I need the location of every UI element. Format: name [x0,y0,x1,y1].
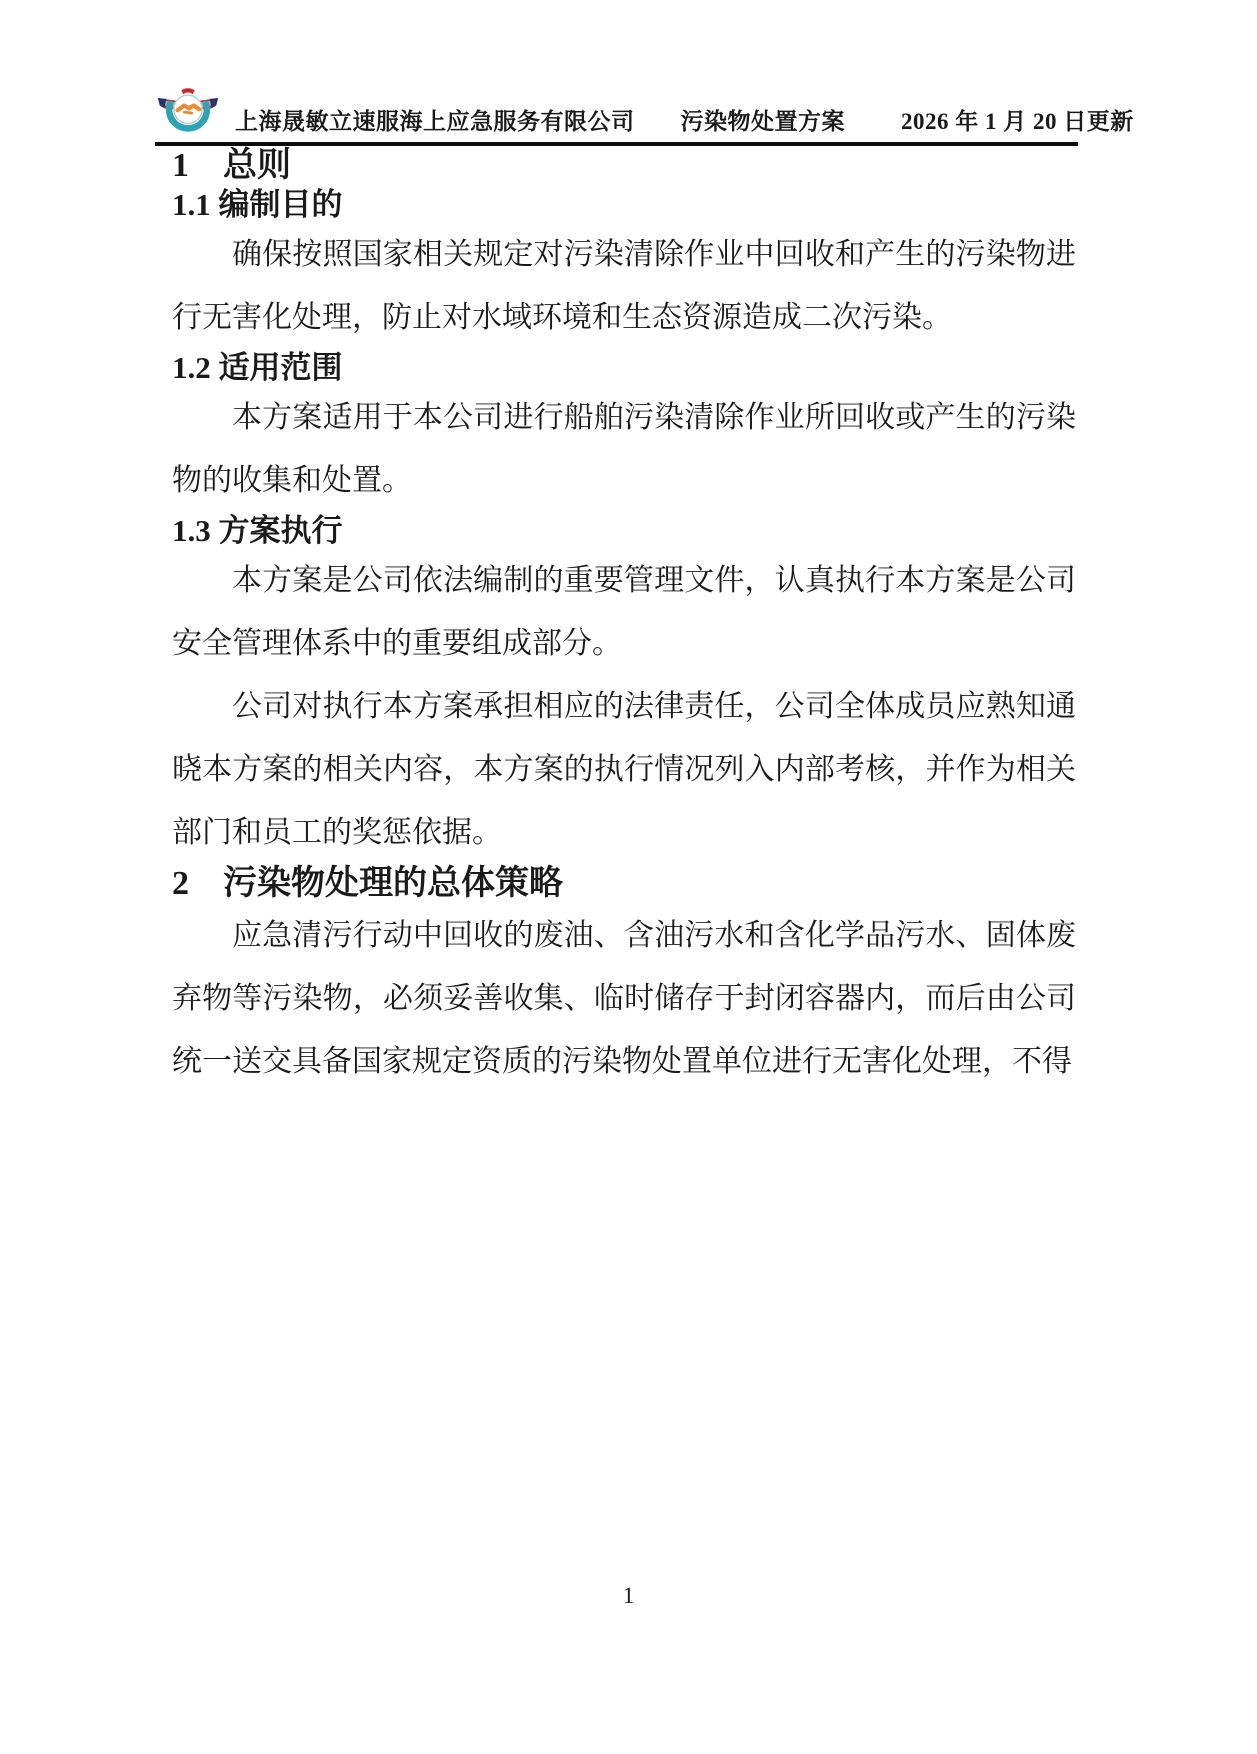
paragraph-1-2: 本方案适用于本公司进行船舶污染清除作业所回收或产生的污染物的收集和处置。 [172,386,1076,512]
page-header: 上海晟敏立速服海上应急服务有限公司 污染物处置方案 2026 年 1 月 20 … [155,0,1078,146]
section-heading-1-3: 1.3 方案执行 [172,512,1078,549]
document-body: 1 总则 1.1 编制目的 确保按照国家相关规定对污染清除作业中回收和产生的污染… [172,146,1078,1093]
paragraph-1-3-a: 本方案是公司依法编制的重要管理文件，认真执行本方案是公司安全管理体系中的重要组成… [172,549,1076,675]
page-header-row: 上海晟敏立速服海上应急服务有限公司 污染物处置方案 2026 年 1 月 20 … [155,76,1078,140]
company-emblem-icon [155,82,221,146]
update-date: 2026 年 1 月 20 日更新 [901,108,1134,136]
section-heading-1: 1 总则 [172,146,1078,186]
document-title: 污染物处置方案 [681,108,846,136]
paragraph-2: 应急清污行动中回收的废油、含油污水和含化学品污水、固体废弃物等污染物，必须妥善收… [172,904,1076,1093]
header-text-row: 上海晟敏立速服海上应急服务有限公司 污染物处置方案 2026 年 1 月 20 … [235,108,1134,140]
company-name: 上海晟敏立速服海上应急服务有限公司 [235,108,635,136]
section-heading-1-1: 1.1 编制目的 [172,186,1078,223]
section-heading-1-2: 1.2 适用范围 [172,349,1078,386]
paragraph-1-1: 确保按照国家相关规定对污染清除作业中回收和产生的污染物进行无害化处理，防止对水域… [172,223,1076,349]
document-page: 上海晟敏立速服海上应急服务有限公司 污染物处置方案 2026 年 1 月 20 … [0,0,1257,1754]
section-heading-2: 2 污染物处理的总体策略 [172,864,1078,904]
page-number: 1 [0,1583,1257,1609]
paragraph-1-3-b: 公司对执行本方案承担相应的法律责任，公司全体成员应熟知通晓本方案的相关内容，本方… [172,675,1076,864]
